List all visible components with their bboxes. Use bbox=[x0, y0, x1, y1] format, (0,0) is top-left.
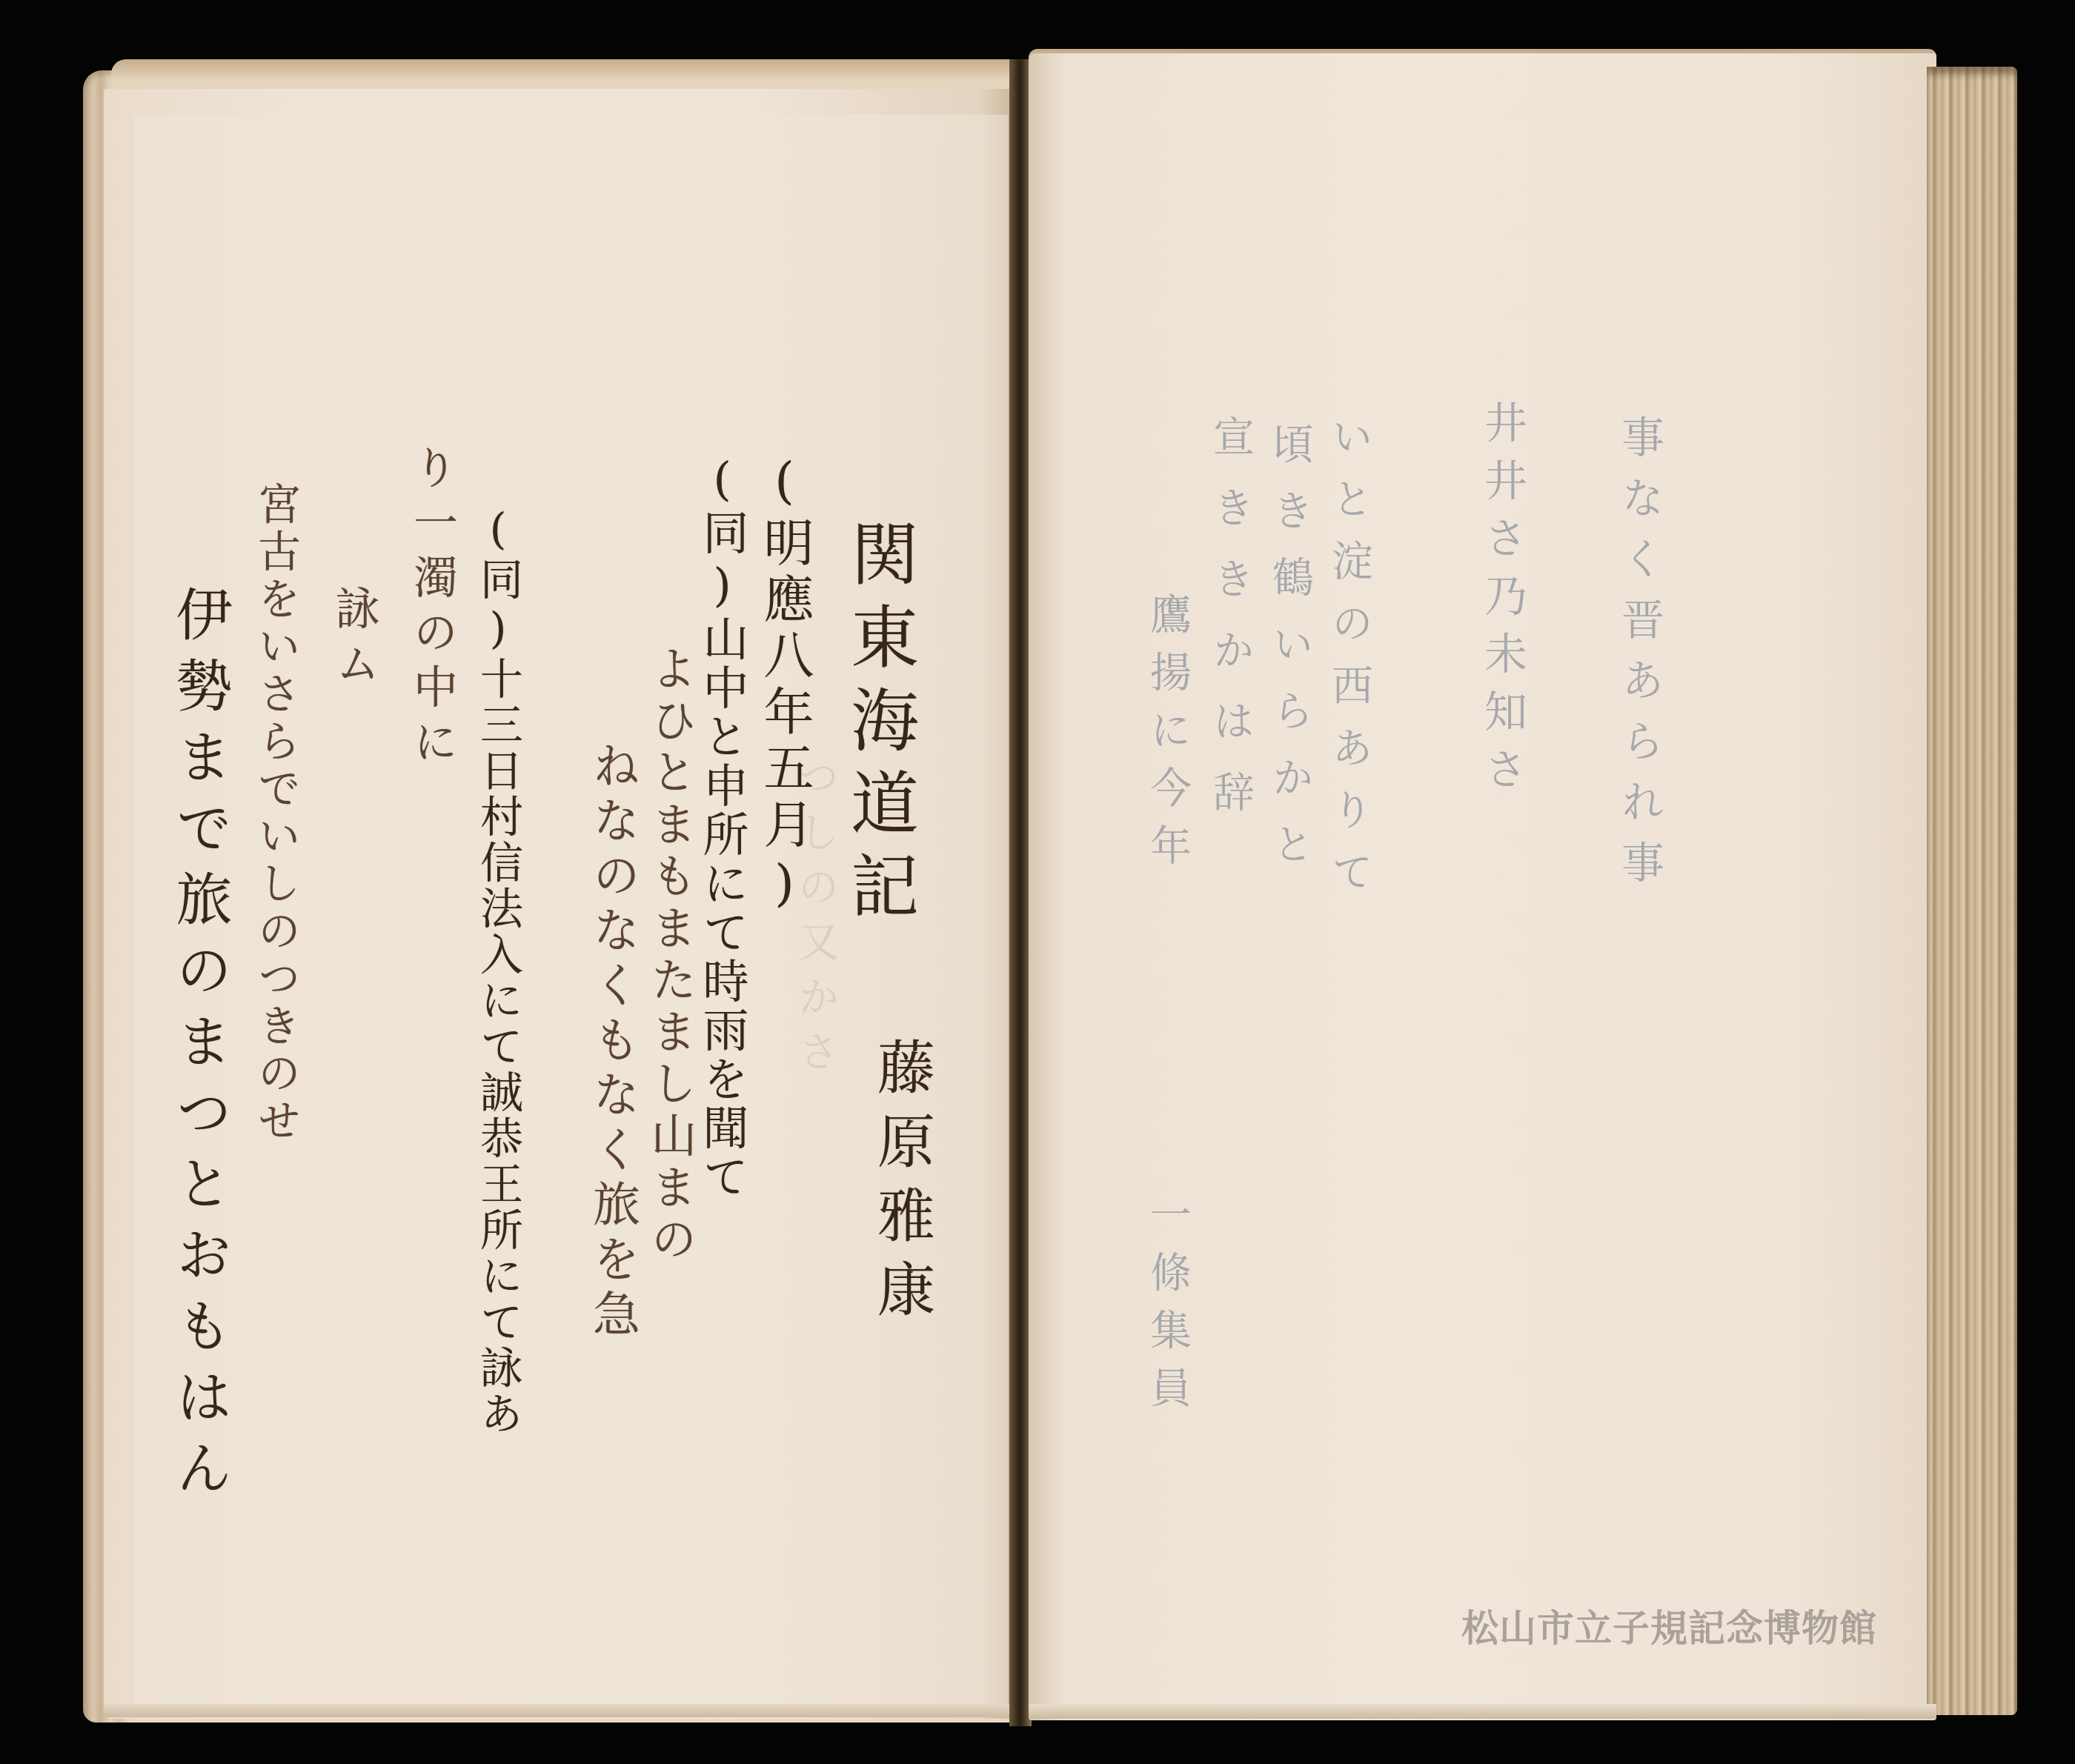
text-column-7: 詠ム bbox=[322, 585, 386, 695]
faint-column-1: 事なく晋あられ事 bbox=[1608, 415, 1670, 901]
text-column-5: (同)十三日村信法入にて誠恭王所にて詠あ bbox=[467, 504, 529, 1437]
right-page-stack-edge bbox=[1927, 67, 2017, 1715]
manuscript-title: 関東海道記 bbox=[830, 519, 928, 933]
left-page-bottom-edge bbox=[104, 1704, 1015, 1717]
faint-column-4: 頃き鶴いらかと bbox=[1260, 422, 1319, 889]
text-column-9: 伊勢まで旅のまつとおもはん bbox=[159, 585, 240, 1510]
manuscript-author: 藤原雅康 bbox=[860, 1037, 943, 1334]
museum-watermark: 松山市立子規記念博物館 bbox=[1461, 1599, 1877, 1652]
text-column-3: よひとまもまたまし山まの bbox=[637, 645, 703, 1267]
right-page bbox=[1029, 53, 1936, 1720]
text-column-4: ねなのなくもなく旅を急 bbox=[578, 741, 646, 1344]
text-column-6: り一濁の中に bbox=[400, 445, 464, 773]
text-column-8: 宮古をいさらでいしのつきのせ bbox=[245, 482, 307, 1145]
faint-column-6: 鷹揚に今年 bbox=[1138, 593, 1197, 882]
faint-column-2: 井井さ乃未知さ bbox=[1471, 400, 1533, 805]
faint-column-3: いと淀の西ありて bbox=[1319, 415, 1378, 913]
manuscript-book: つしの又かさ 関東海道記 藤原雅康 (明應八年五月) (同)山中と申所にて時雨を… bbox=[0, 0, 2075, 1764]
faint-column-7: 一條集員 bbox=[1138, 1193, 1197, 1424]
text-column-1: (明應八年五月) bbox=[748, 452, 820, 919]
right-page-bottom-edge bbox=[1029, 1704, 1936, 1719]
faint-column-5: 宣ききかは辞 bbox=[1201, 415, 1260, 842]
